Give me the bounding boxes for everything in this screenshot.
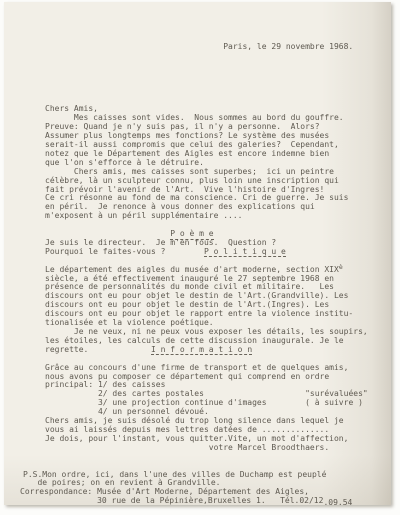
information-heading: I n f o r m a t i o n <box>151 345 252 356</box>
letter-line <box>45 70 391 79</box>
letter-paper: Paris, le 29 novembre 1968. Chers Amis, … <box>4 2 391 505</box>
letter-line: m'exposent à un péril supplémentaire ...… <box>45 212 391 221</box>
politique-heading-line: Pourquoi le faites-vous ? P o l i t i q … <box>45 248 391 257</box>
letter-line <box>45 88 391 97</box>
information-heading-line: regrette. I n f o r m a t i o n <box>45 346 391 355</box>
correspondence-line: 30 rue de la Pépinière,Bruxelles 1. Tél.… <box>20 497 391 506</box>
politique-heading: P o l i t i q u e <box>204 247 286 258</box>
letter-line <box>45 79 391 88</box>
letter-line <box>45 61 391 70</box>
letter-line <box>45 453 391 462</box>
letter-body: Paris, le 29 novembre 1968. Chers Amis, … <box>4 2 391 505</box>
letter-line <box>45 52 391 61</box>
signature-line: votre Marcel Broodthaers. <box>45 444 391 453</box>
date-line: Paris, le 29 novembre 1968. <box>45 43 391 52</box>
